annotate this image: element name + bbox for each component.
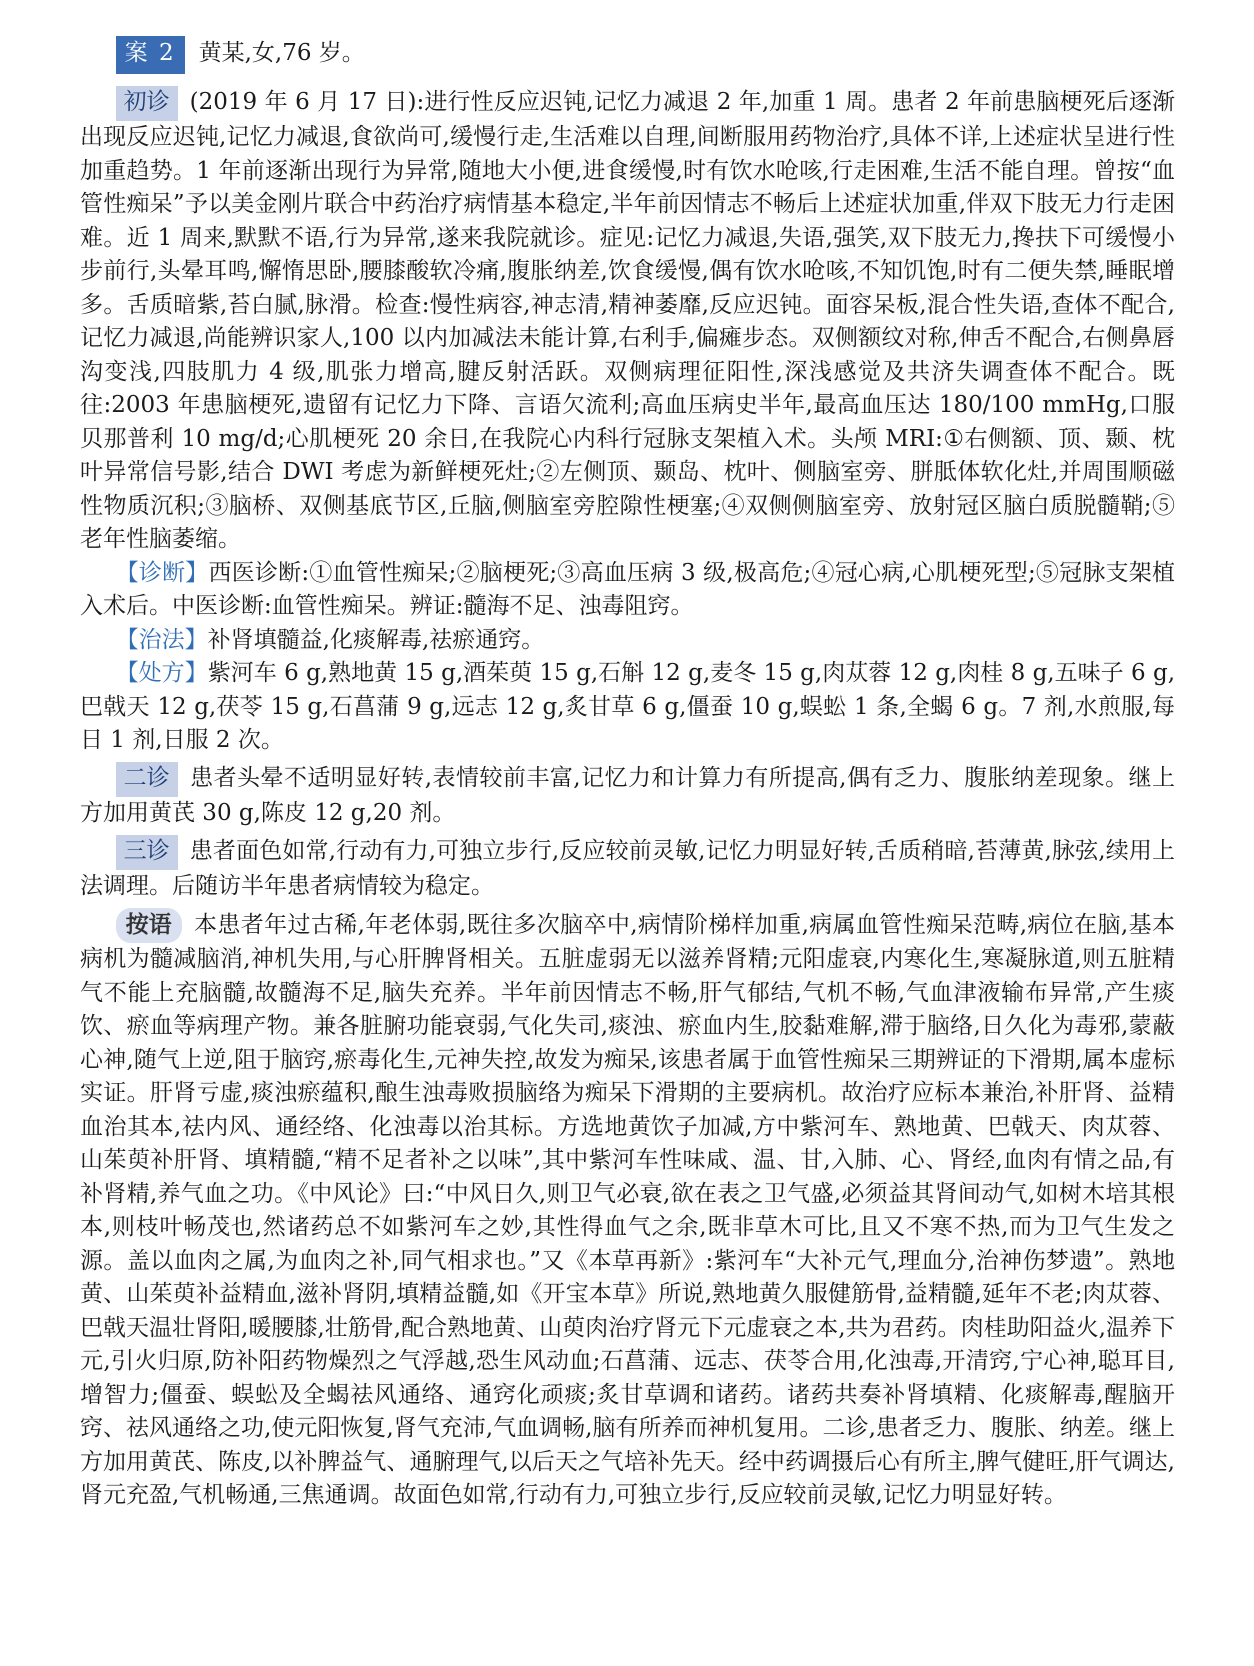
- document-page: 案 2黄某,女,76 岁。 初诊(2019 年 6 月 17 日):进行性反应迟…: [0, 0, 1254, 1666]
- commentary-label: 按语: [116, 908, 182, 944]
- second-visit-text: 患者头晕不适明显好转,表情较前丰富,记忆力和计算力有所提高,偶有乏力、腹胀纳差现…: [80, 765, 1175, 827]
- patient-summary: 黄某,女,76 岁。: [199, 40, 365, 66]
- prescription-text: 紫河车 6 g,熟地黄 15 g,酒茱萸 15 g,石斛 12 g,麦冬 15 …: [80, 660, 1175, 753]
- diagnosis-text: 西医诊断:①血管性痴呆;②脑梗死;③高血压病 3 级,极高危;④冠心病,心肌梗死…: [80, 560, 1175, 620]
- commentary-paragraph: 按语本患者年过古稀,年老体弱,既往多次脑卒中,病情阶梯样加重,病属血管性痴呆范畴…: [80, 908, 1175, 1513]
- first-visit-text: (2019 年 6 月 17 日):进行性反应迟钝,记忆力减退 2 年,加重 1…: [80, 89, 1175, 553]
- second-visit-paragraph: 二诊患者头晕不适明显好转,表情较前丰富,记忆力和计算力有所提高,偶有乏力、腹胀纳…: [80, 762, 1175, 831]
- prescription-label: 【处方】: [116, 660, 208, 686]
- third-visit-paragraph: 三诊患者面色如常,行动有力,可独立步行,反应较前灵敏,记忆力明显好转,舌质稍暗,…: [80, 835, 1175, 904]
- commentary-text: 本患者年过古稀,年老体弱,既往多次脑卒中,病情阶梯样加重,病属血管性痴呆范畴,病…: [80, 912, 1175, 1509]
- diagnosis-paragraph: 【诊断】西医诊断:①血管性痴呆;②脑梗死;③高血压病 3 级,极高危;④冠心病,…: [80, 557, 1175, 624]
- second-visit-label: 二诊: [116, 762, 178, 798]
- third-visit-text: 患者面色如常,行动有力,可独立步行,反应较前灵敏,记忆力明显好转,舌质稍暗,苔薄…: [80, 838, 1175, 900]
- diagnosis-label: 【诊断】: [116, 560, 209, 586]
- first-visit-paragraph: 初诊(2019 年 6 月 17 日):进行性反应迟钝,记忆力减退 2 年,加重…: [80, 86, 1175, 557]
- treatment-method-paragraph: 【治法】补肾填髓益,化痰解毒,祛瘀通窍。: [80, 624, 1175, 658]
- third-visit-label: 三诊: [116, 835, 178, 871]
- treatment-method-label: 【治法】: [116, 627, 208, 653]
- treatment-method-text: 补肾填髓益,化痰解毒,祛瘀通窍。: [208, 627, 545, 653]
- first-visit-label: 初诊: [116, 86, 178, 122]
- case-heading: 案 2黄某,女,76 岁。: [80, 36, 1175, 74]
- prescription-paragraph: 【处方】紫河车 6 g,熟地黄 15 g,酒茱萸 15 g,石斛 12 g,麦冬…: [80, 657, 1175, 758]
- case-number-badge: 案 2: [116, 36, 185, 74]
